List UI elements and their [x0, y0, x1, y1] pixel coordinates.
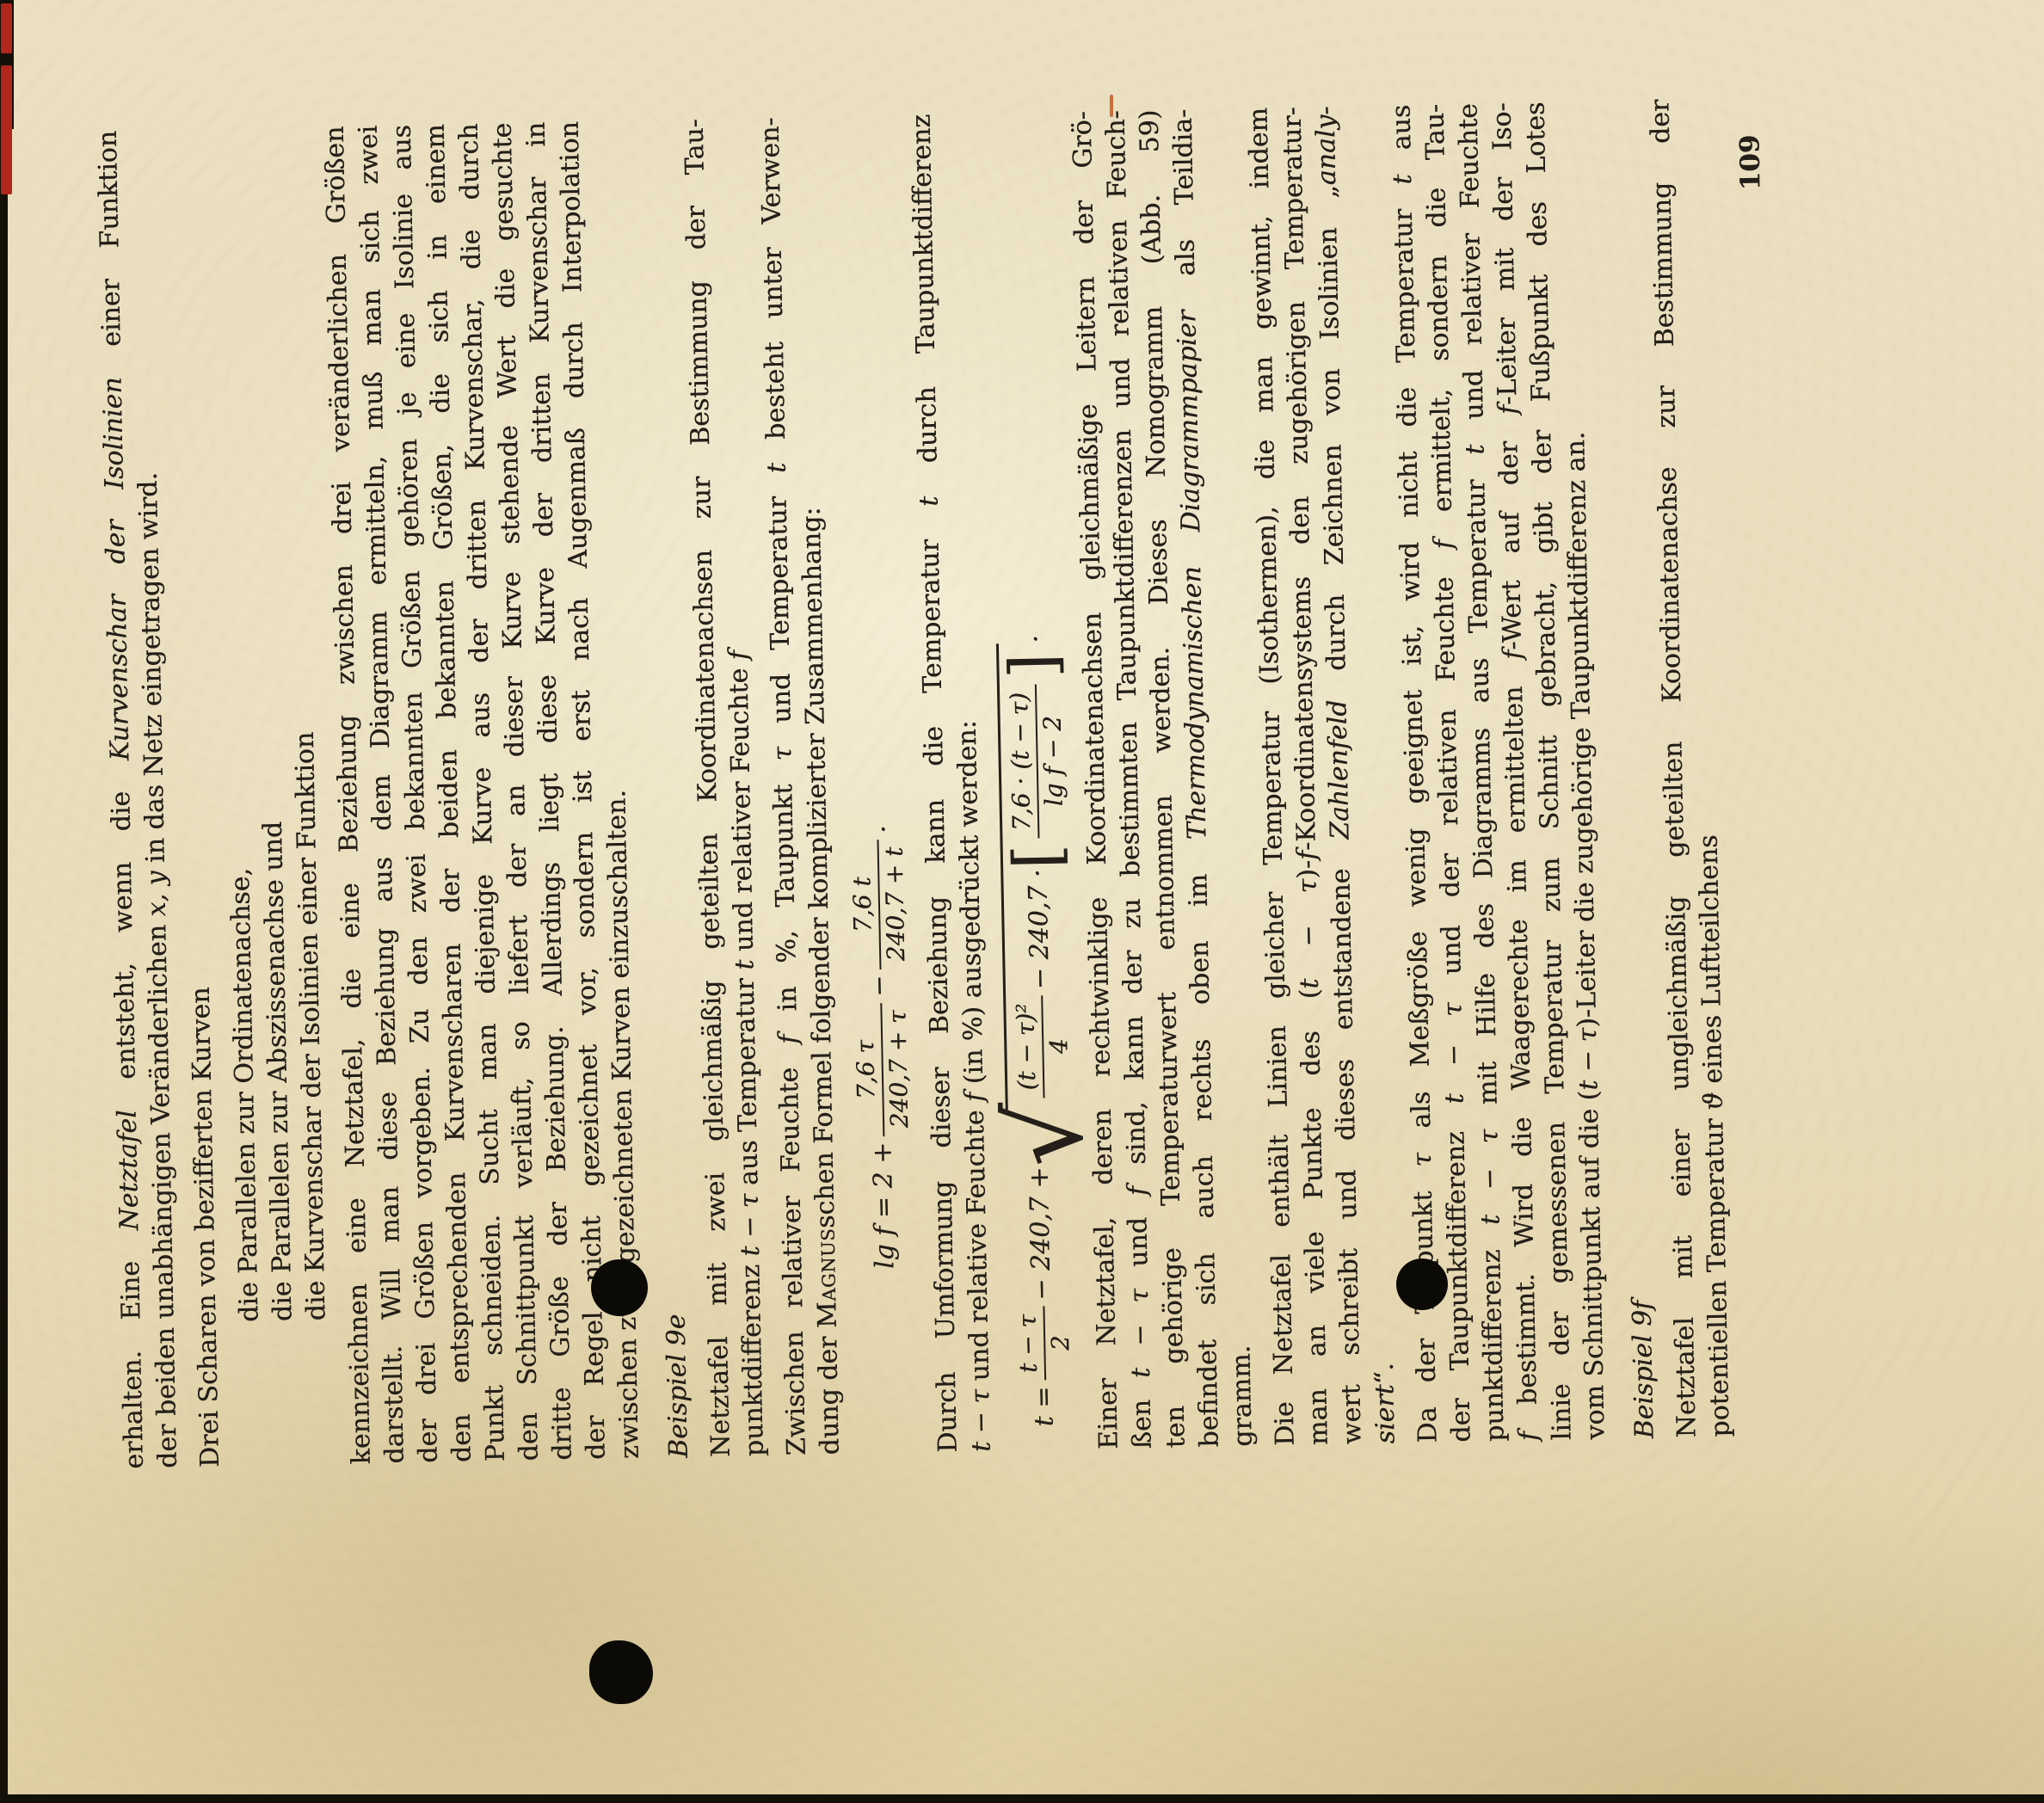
- fraction: (t − τ)²4: [1013, 994, 1073, 1098]
- text-segment: und Temperatur: [762, 473, 797, 748]
- text-segment: Netztafel: [113, 1110, 145, 1231]
- close-bracket: ]: [1033, 654, 1034, 679]
- text-segment: ßen: [1126, 1378, 1158, 1449]
- text-segment: in das Netz eingetragen wird.: [133, 472, 171, 871]
- text-segment: f: [723, 650, 754, 661]
- text-segment: “.: [1370, 1363, 1400, 1385]
- text-segment: t − τ: [1474, 1129, 1505, 1226]
- text-segment: analy-: [1310, 106, 1342, 185]
- punch-hole-1: [591, 1259, 648, 1316]
- text-segment: Drei Scharen von bezifferten Kurven: [186, 987, 225, 1468]
- text-segment: τ: [1407, 1153, 1438, 1167]
- text-segment: und: [1123, 1196, 1154, 1289]
- text-segment: (in %) ausgedrückt werden:: [952, 720, 990, 1092]
- text-segment: als Teildia-: [1168, 109, 1203, 311]
- operator: −: [865, 975, 895, 997]
- text-segment: in %, Taupunkt: [768, 760, 803, 1035]
- fraction: 7,6 τ240,7 + τ: [852, 1002, 913, 1136]
- text-segment: Beispiel 9e: [661, 1314, 693, 1458]
- paragraph-6: Durch Umformung dieser Beziehung kann di…: [905, 114, 999, 1453]
- text-segment: aus Temperatur: [730, 969, 764, 1194]
- fraction: t − τ2: [1014, 1306, 1074, 1381]
- text-segment: t: [914, 495, 944, 507]
- formula-period: .: [861, 825, 891, 834]
- formula-lhs: t =: [1029, 1386, 1060, 1426]
- text-segment: f: [1498, 649, 1528, 660]
- text-segment: t − τ: [1124, 1289, 1156, 1379]
- page-number: 109: [1733, 134, 1793, 1436]
- fraction: 7,6 · (t − τ)lg f − 2: [1007, 684, 1068, 839]
- text-segment: besteht unter Verwen-: [755, 117, 792, 463]
- text-segment: f: [773, 1034, 803, 1044]
- radicand: (t − τ)²4− 240,7 ·[7,6 · (t − τ)lg f − 2…: [996, 643, 1074, 1110]
- fraction: 7,6 t240,7 + t: [848, 839, 909, 969]
- formula-temperature: t =t − τ2− 240,7 +√(t − τ)²4− 240,7 ·[7,…: [986, 112, 1080, 1427]
- text-segment: Zahlenfeld: [1322, 699, 1355, 840]
- text-segment: )-: [1292, 860, 1322, 880]
- text-segment: Kurvenschar der Isolinien: [98, 377, 136, 761]
- text-segment: f: [959, 1092, 989, 1103]
- paragraph-9: Da der Taupunkt τ als Meßgröße wenig gee…: [1384, 101, 1612, 1443]
- punch-hole-3: [589, 1640, 653, 1704]
- paragraph-8: Die Netztafel enthält Linien gleicher Te…: [1241, 105, 1402, 1446]
- text-segment: t − τ: [735, 1193, 766, 1257]
- operator: − 240,7 ·: [1023, 869, 1056, 989]
- text-segment: aus: [1386, 104, 1418, 175]
- orange-dash-mark: [1110, 95, 1113, 117]
- text-segment: ϑ: [1699, 1092, 1729, 1111]
- text-segment: einer Funktion: [93, 131, 128, 378]
- text-segment: t: [1460, 444, 1490, 455]
- text-segment: Beispiel 9f: [1627, 1300, 1659, 1438]
- operator: − 240,7 +: [1025, 1166, 1057, 1301]
- text-segment: siert: [1370, 1384, 1401, 1444]
- paragraph-7: Einer Netztafel, deren rechtwinklige Koo…: [1066, 108, 1260, 1450]
- formula-lhs: lg f = 2 +: [868, 1141, 901, 1269]
- text-segment: eines Luftteilchens: [1694, 834, 1729, 1092]
- text-segment: t: [762, 463, 792, 474]
- text-segment: t − τ: [1573, 1027, 1604, 1091]
- formula-period: .: [1013, 635, 1044, 643]
- list-parallelen: die Parallelen zur Ordinatenachse,die Pa…: [209, 126, 336, 1467]
- scanned-book-page: erhalten. Eine Netztafel entsteht, wenn …: [0, 0, 2044, 1803]
- punch-hole-2: [1396, 1258, 1448, 1310]
- text-segment: f: [1123, 1186, 1153, 1197]
- text-segment: gramm.: [1226, 1345, 1258, 1448]
- text-segment: t − τ: [1438, 1002, 1469, 1105]
- text-segment: -Wert auf der: [1493, 415, 1528, 650]
- text-segment: f: [1429, 539, 1459, 550]
- text-segment: t: [1388, 174, 1418, 185]
- text-segment: entsteht, wenn die: [105, 760, 142, 1111]
- text-segment: f: [1513, 1431, 1543, 1442]
- text-segment: t − τ: [965, 1389, 996, 1453]
- text-segment: τ: [767, 747, 797, 761]
- red-edge-mark-1: [1, 3, 12, 53]
- text-segment: -Leiter mit der Iso-: [1487, 102, 1523, 405]
- open-bracket: [: [1037, 845, 1038, 870]
- text-segment: vom Schnittpunkt auf die (: [1573, 1090, 1610, 1440]
- paragraph-3: kennzeichnen eine Netztafel, die eine Be…: [318, 120, 647, 1465]
- text-segment: f: [1292, 851, 1322, 861]
- formula-magnus: lg f = 2 +7,6 τ240,7 + τ−7,6 t240,7 + t.: [834, 115, 916, 1270]
- radical-sign: √: [1044, 1102, 1046, 1166]
- page-text-block: erhalten. Eine Netztafel entsteht, wenn …: [91, 97, 1794, 1469]
- text-segment: potentiellen Temperatur: [1699, 1110, 1736, 1437]
- text-segment: durch Taupunktdifferenz: [907, 114, 945, 496]
- text-segment: Magnus: [811, 1228, 843, 1329]
- page-sheet: erhalten. Eine Netztafel entsteht, wenn …: [0, 0, 2044, 1803]
- text-segment: dung der: [813, 1328, 846, 1455]
- scan-edge-left: [0, 0, 8, 1803]
- text-segment: und relativer Feuchte: [1453, 103, 1490, 445]
- text-segment: f: [1493, 405, 1523, 415]
- text-segment: und relativer Feuchte: [723, 660, 760, 960]
- text-segment: t: [730, 959, 760, 970]
- text-segment: punktdifferenz: [736, 1256, 770, 1456]
- text-segment: punktdifferenz: [1476, 1225, 1511, 1443]
- text-segment: t − τ: [1292, 878, 1325, 989]
- text-segment: erhalten. Eine: [114, 1230, 150, 1469]
- text-segment: x, y: [141, 871, 172, 917]
- scan-edge-bottom: [0, 1794, 2044, 1803]
- red-edge-mark-2: [1, 65, 12, 194]
